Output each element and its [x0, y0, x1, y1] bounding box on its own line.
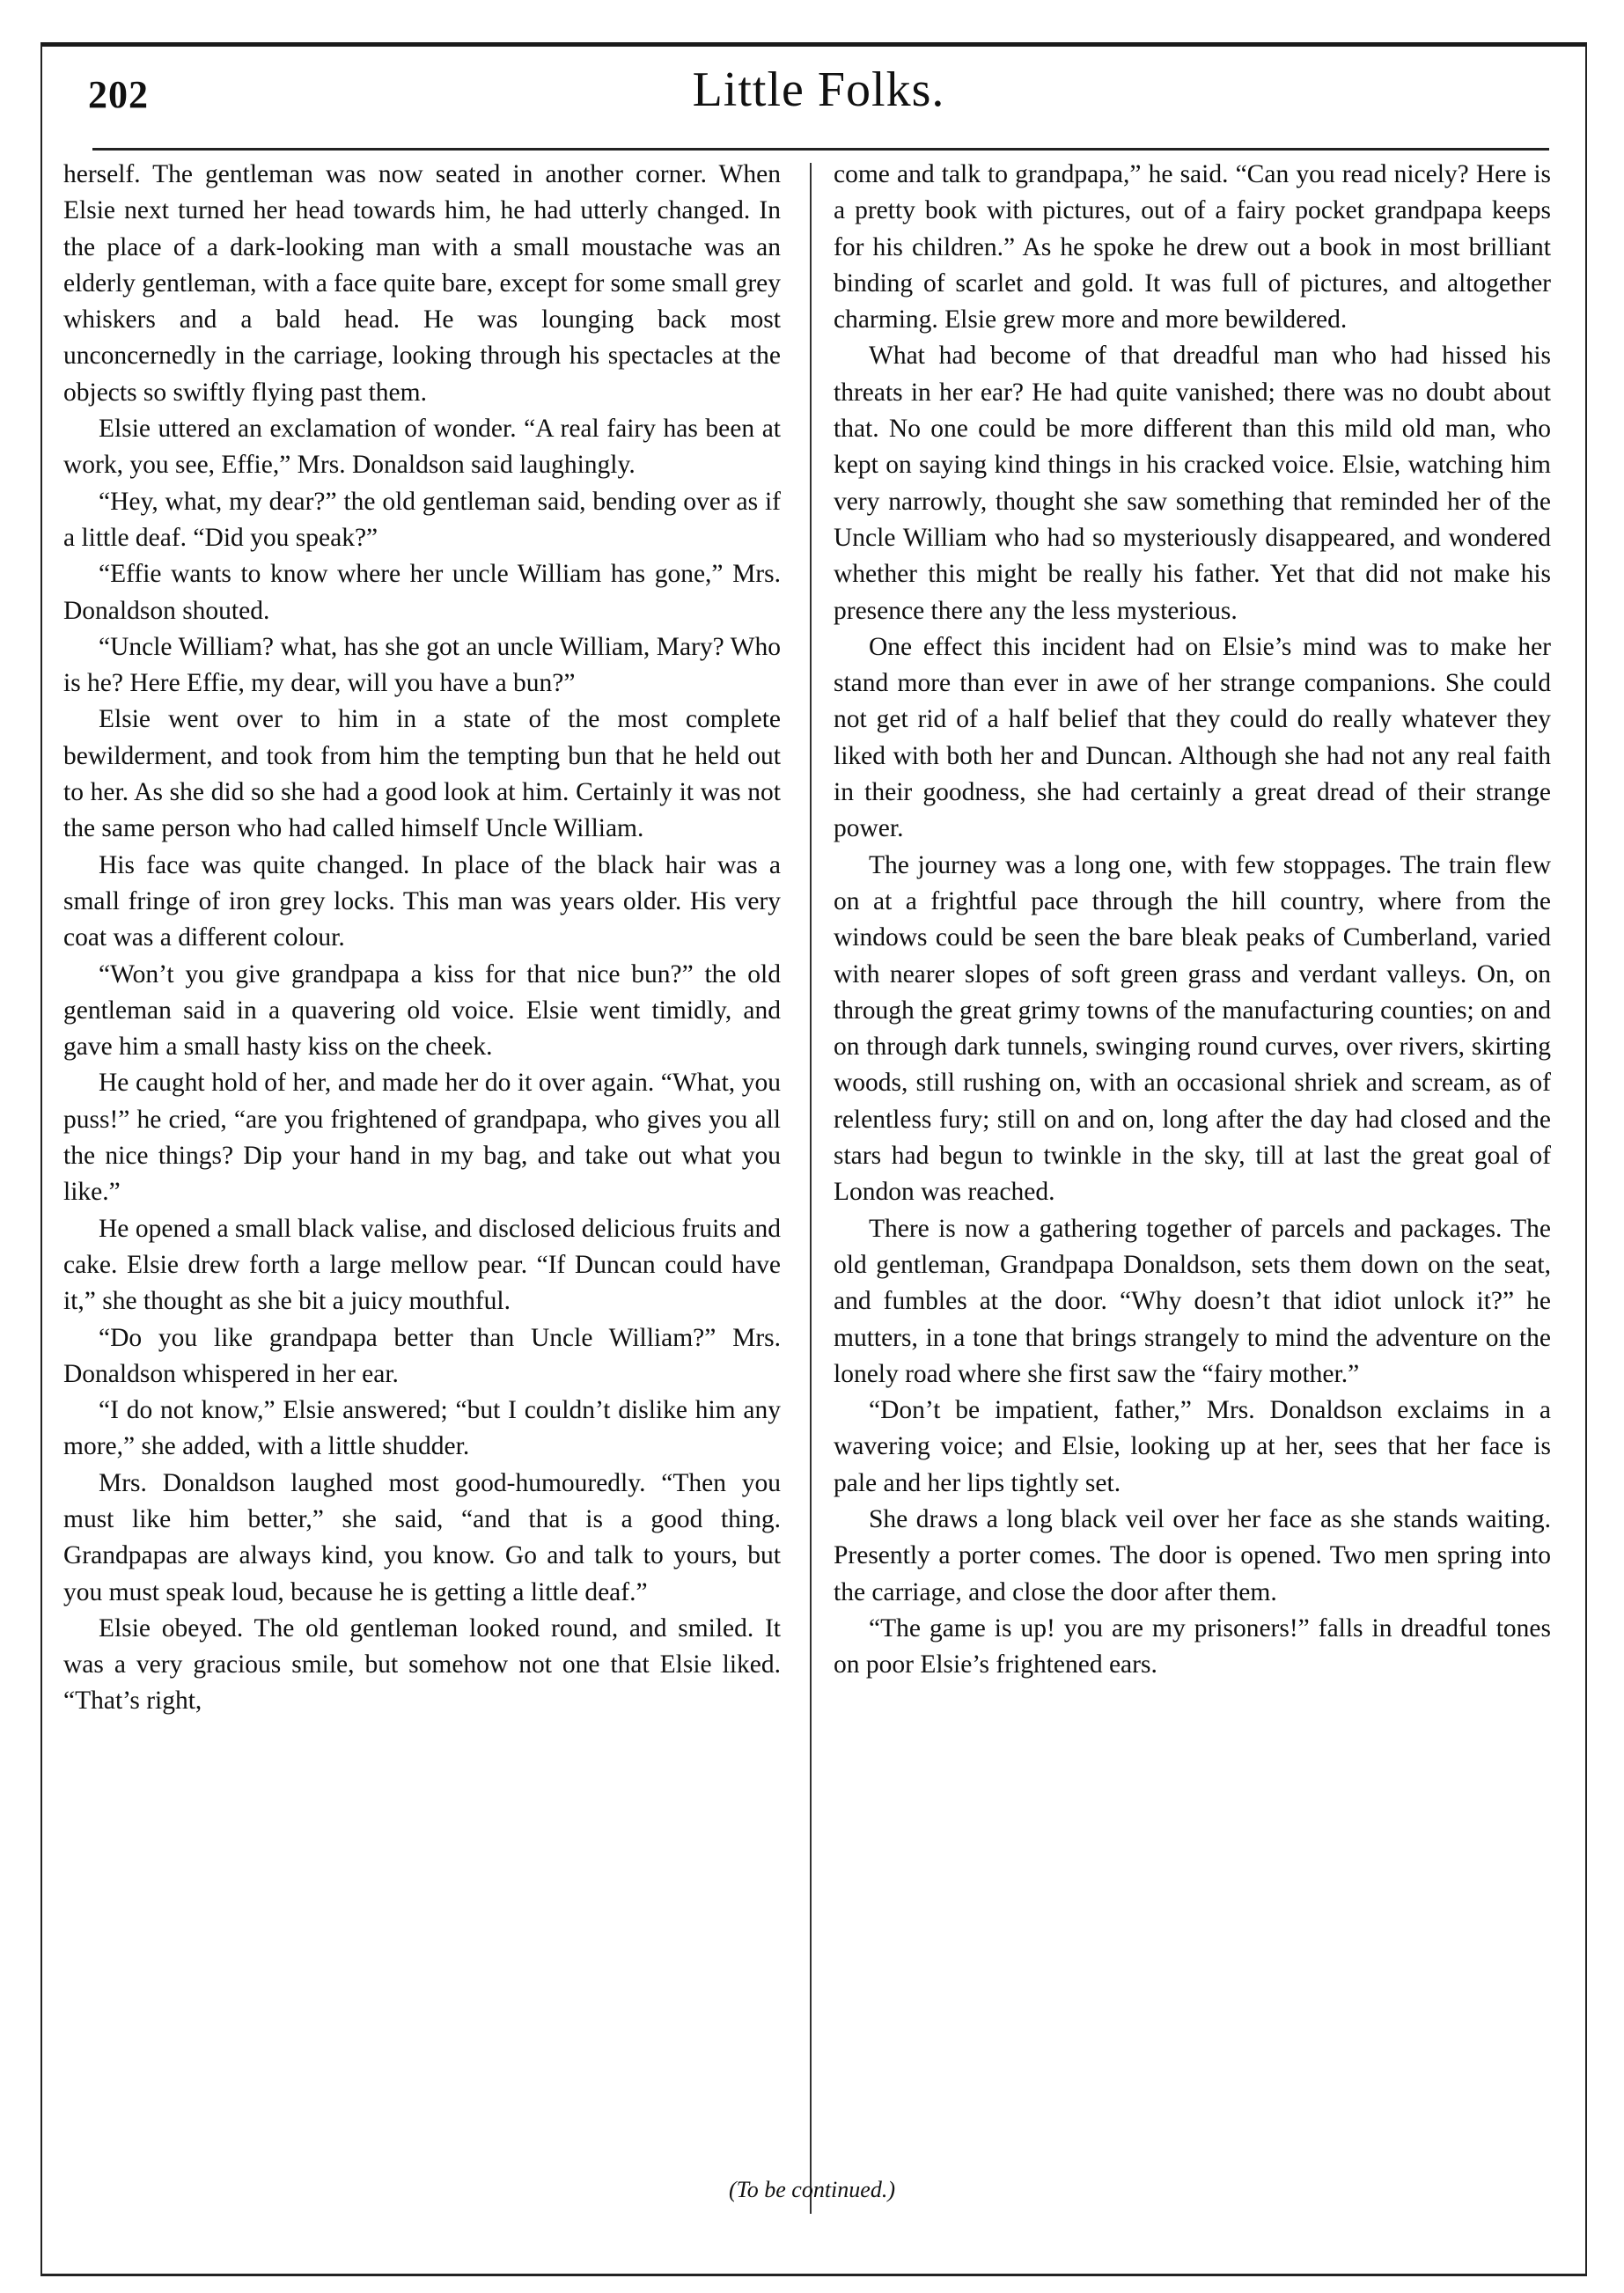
paragraph: “Won’t you give grandpapa a kiss for tha… — [63, 957, 781, 1066]
paragraph: The journey was a long one, with few sto… — [834, 848, 1551, 1211]
paragraph: Mrs. Donaldson laughed most good-humoure… — [63, 1466, 781, 1611]
paragraph: There is now a gathering together of par… — [834, 1211, 1551, 1393]
column-divider — [810, 163, 812, 2214]
paragraph: She draws a long black veil over her fac… — [834, 1502, 1551, 1611]
paragraph: “Don’t be impatient, father,” Mrs. Donal… — [834, 1393, 1551, 1502]
paragraph: “Uncle William? what, has she got an unc… — [63, 629, 781, 702]
paragraph: He caught hold of her, and made her do i… — [63, 1065, 781, 1210]
paragraph: herself. The gentleman was now seated in… — [63, 157, 781, 411]
to-be-continued-note: (To be continued.) — [0, 2177, 1624, 2203]
running-title: Little Folks. — [88, 62, 1549, 118]
paragraph: come and talk to grandpapa,” he said. “C… — [834, 157, 1551, 338]
paragraph: What had become of that dreadful man who… — [834, 338, 1551, 628]
left-column: herself. The gentleman was now seated in… — [63, 157, 781, 1720]
paragraph: “I do not know,” Elsie answered; “but I … — [63, 1393, 781, 1466]
paragraph: His face was quite changed. In place of … — [63, 848, 781, 957]
paragraph: Elsie went over to him in a state of the… — [63, 702, 781, 847]
paragraph: Elsie uttered an exclamation of wonder. … — [63, 411, 781, 484]
paragraph: He opened a small black valise, and disc… — [63, 1211, 781, 1320]
paragraph: Elsie obeyed. The old gentleman looked r… — [63, 1611, 781, 1720]
paragraph: “Hey, what, my dear?” the old gentleman … — [63, 484, 781, 557]
header-rule — [92, 148, 1549, 151]
paragraph: “The game is up! you are my prisoners!” … — [834, 1611, 1551, 1684]
right-column: come and talk to grandpapa,” he said. “C… — [834, 157, 1551, 1683]
paragraph: “Effie wants to know where her uncle Wil… — [63, 556, 781, 629]
paragraph: “Do you like grandpapa better than Uncle… — [63, 1320, 781, 1393]
paragraph: One effect this incident had on Elsie’s … — [834, 629, 1551, 848]
page-header: 202 Little Folks. — [88, 62, 1549, 132]
